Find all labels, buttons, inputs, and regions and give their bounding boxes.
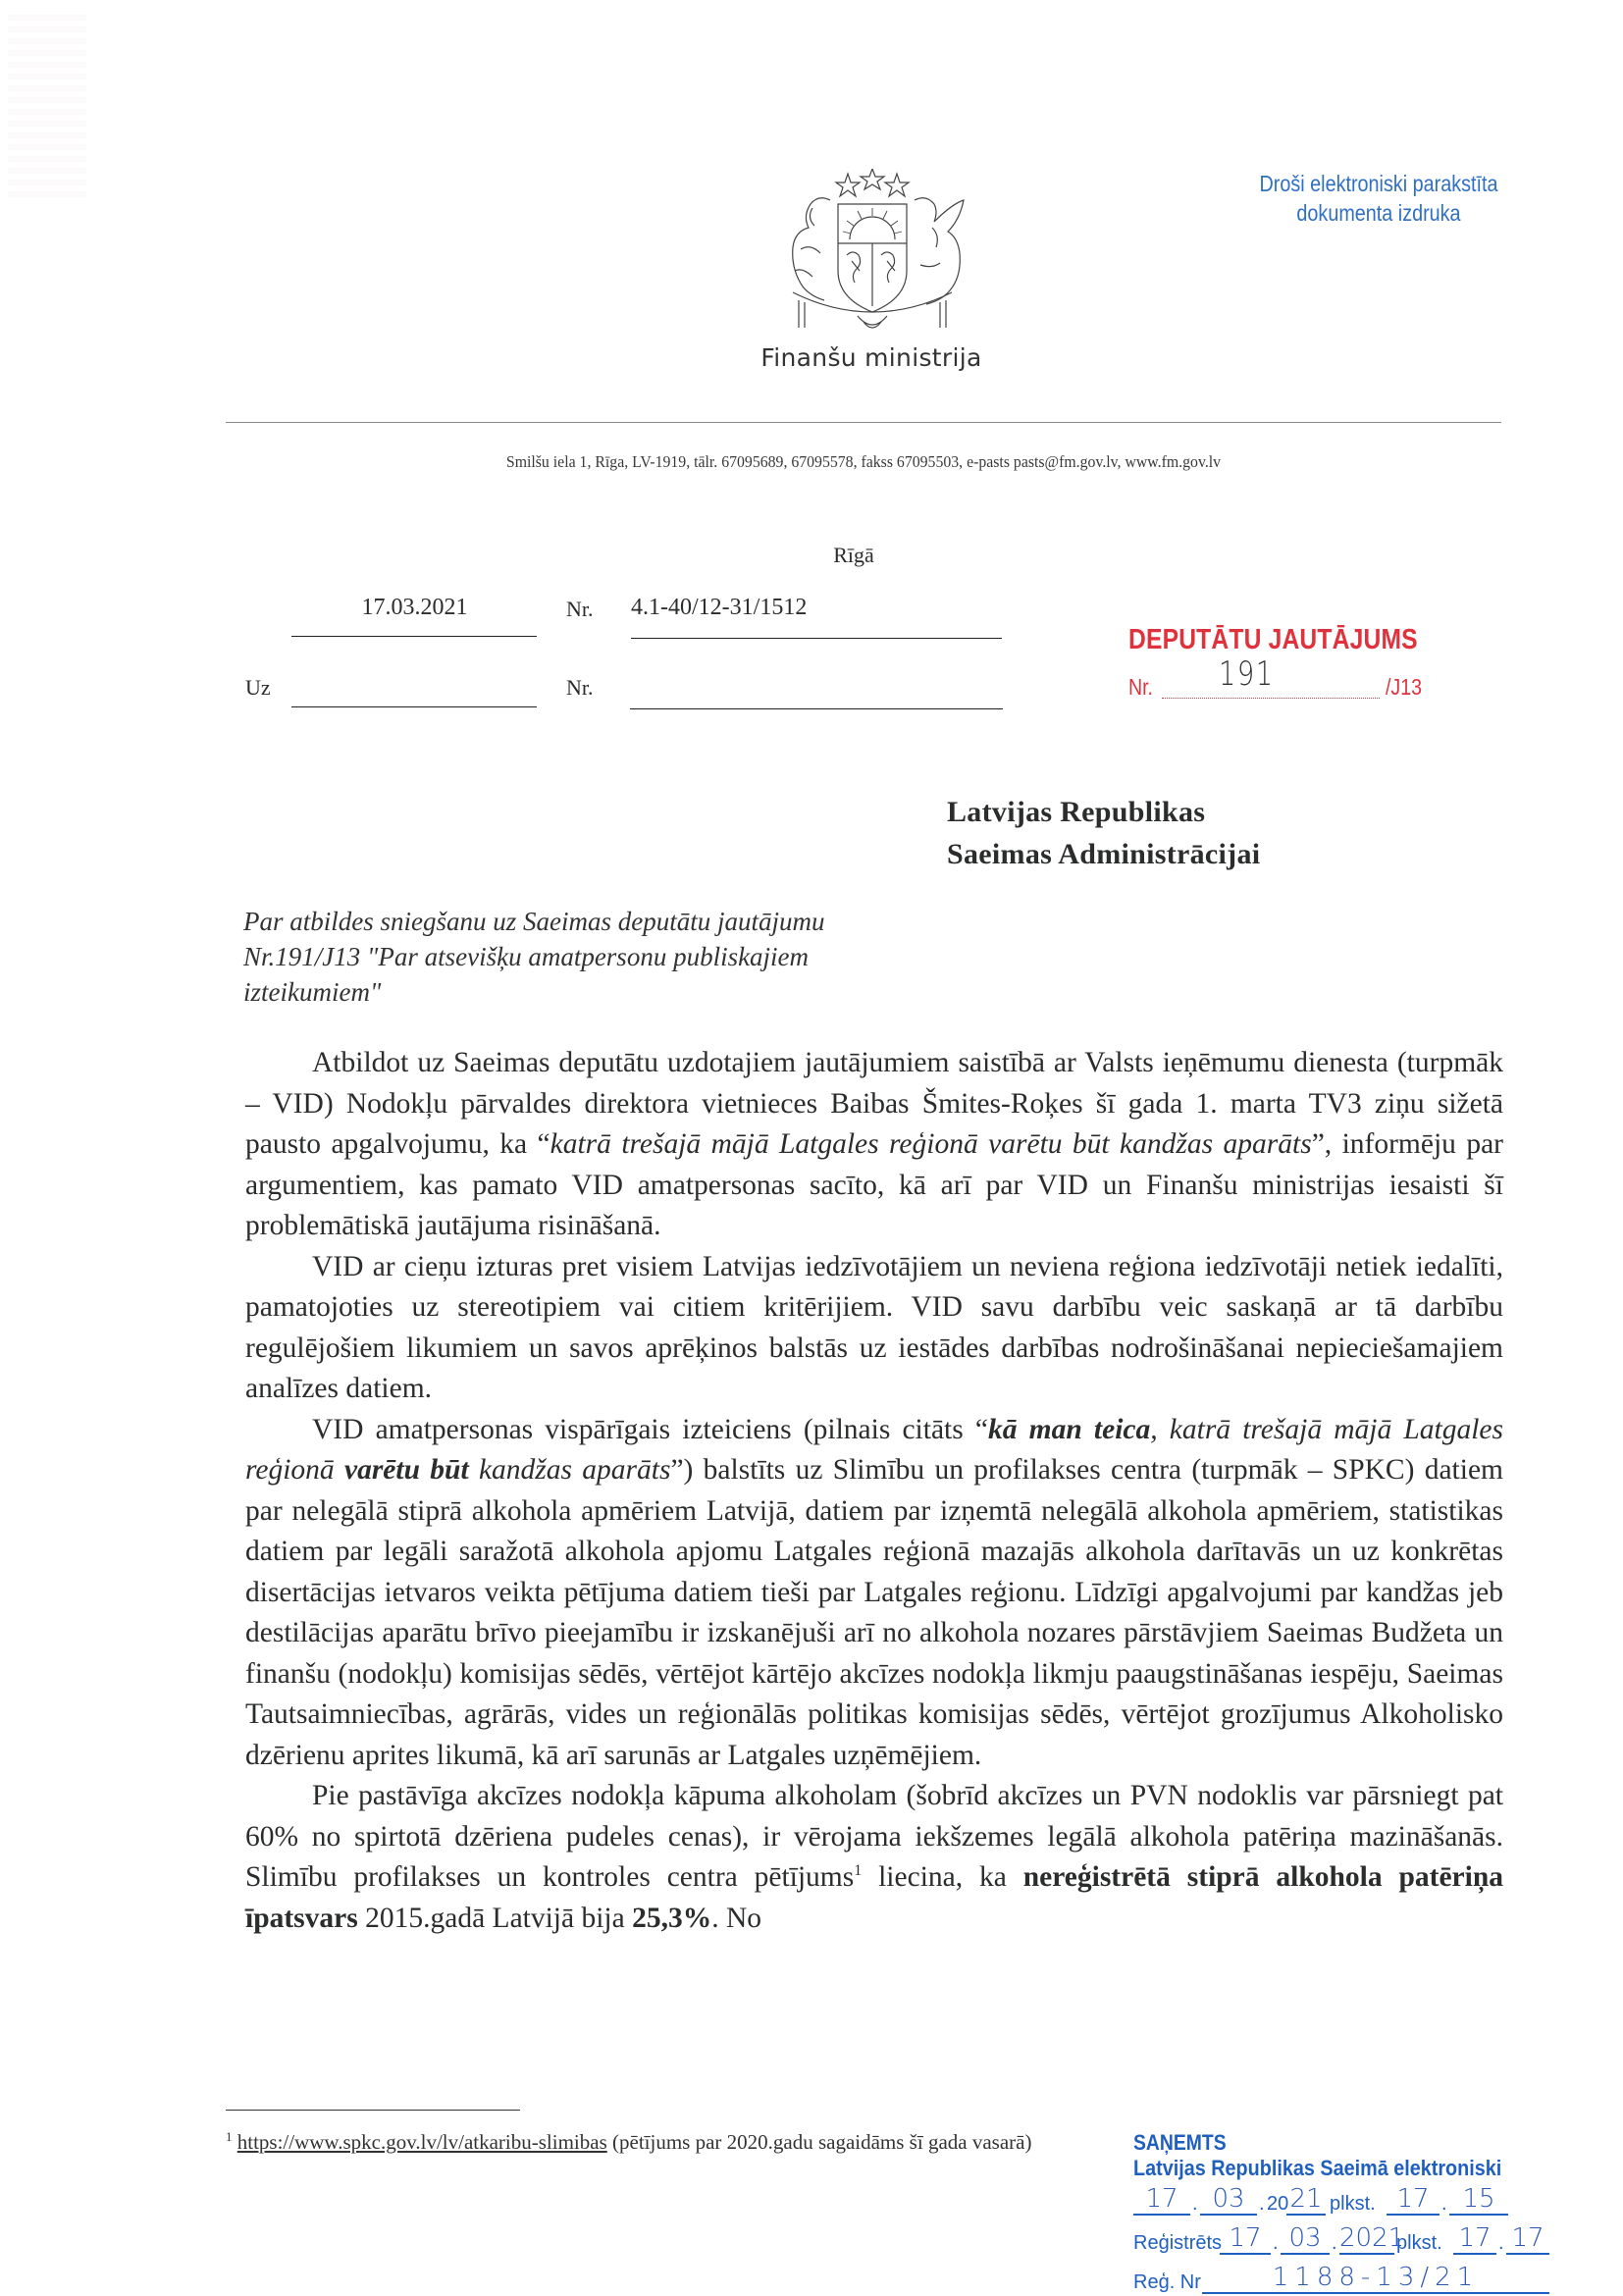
ministry-name: Finanšu ministrija xyxy=(687,343,1056,372)
footnote: 1 https://www.spkc.gov.lv/lv/atkaribu-sl… xyxy=(226,2129,1031,2155)
registered-hour: 17 xyxy=(1453,2223,1496,2255)
esign-notice-line-2: dokumenta izdruka xyxy=(1239,198,1518,228)
p3-text: VID amatpersonas vispārīgais izteiciens … xyxy=(312,1414,988,1445)
registration-number-row: Reģ. Nr 1188-13/21 xyxy=(1133,2261,1565,2296)
esign-notice-line-1: Droši elektroniski parakstīta xyxy=(1239,169,1518,198)
stamp-nr-underline xyxy=(1162,698,1380,699)
reg-nr-value: 1188-13/21 xyxy=(1202,2263,1549,2294)
stamp-nr-suffix: /J13 xyxy=(1386,674,1422,701)
deputy-inquiry-stamp: DEPUTĀTU JAUTĀJUMS Nr. 191 /J13 xyxy=(1128,624,1442,704)
uz-nr-underline xyxy=(630,708,1003,709)
received-year-prefix: 20 xyxy=(1267,2193,1288,2216)
nr-label: Nr. xyxy=(566,597,594,622)
document-date: 17.03.2021 xyxy=(294,595,535,621)
p3-text-end: ”) balstīts uz Slimību un profilakses ce… xyxy=(245,1454,1503,1771)
registered-label: Reģistrēts xyxy=(1133,2232,1222,2255)
p3-quote-bold: kā man teica xyxy=(988,1414,1150,1445)
received-stamp: SAŅEMTS Latvijas Republikas Saeimā elekt… xyxy=(1133,2131,1565,2296)
p1-quote: katrā trešajā mājā Latgales reģionā varē… xyxy=(550,1128,1312,1160)
ministry-address: Smilšu iela 1, Rīga, LV-1919, tālr. 6709… xyxy=(271,452,1457,472)
p4-text-3: 2015.gadā Latvijā bija xyxy=(358,1903,632,1934)
registered-datetime-row: Reģistrēts 17 . 03 . 2021 plkst. 17 . 17 xyxy=(1133,2221,1565,2261)
received-stamp-org: Latvijas Republikas Saeimā elektroniski xyxy=(1133,2155,1522,2182)
esign-notice: Droši elektroniski parakstīta dokumenta … xyxy=(1239,169,1518,228)
received-hour: 17 xyxy=(1387,2184,1440,2216)
handwritten-inquiry-number: 191 xyxy=(1219,654,1275,694)
p4-bold-percent: 25,3% xyxy=(632,1903,711,1934)
p3-quote-italic-2: kandžas aparāts xyxy=(469,1454,671,1486)
received-datetime-row: 17 . 03 . 20 21 plkst. 17 . 15 xyxy=(1133,2182,1565,2221)
recipient-line-1: Latvijas Republikas xyxy=(947,791,1260,833)
stamp-nr-label: Nr. xyxy=(1128,674,1153,701)
footnote-link[interactable]: https://www.spkc.gov.lv/lv/atkaribu-slim… xyxy=(237,2130,607,2154)
letter-body: Atbildot uz Saeimas deputātu uzdotajiem … xyxy=(245,1043,1503,1939)
scan-artifact xyxy=(8,15,86,201)
p3-quote-bold-2: varētu būt xyxy=(344,1454,469,1486)
document-number: 4.1-40/12-31/1512 xyxy=(631,595,807,621)
recipient-block: Latvijas Republikas Saeimas Administrāci… xyxy=(947,791,1260,875)
received-month: 03 xyxy=(1200,2184,1257,2216)
stamp-title: DEPUTĀTU JAUTĀJUMS xyxy=(1128,624,1395,656)
registered-time-label: plkst. xyxy=(1396,2232,1442,2255)
letter-subject: Par atbildes sniegšanu uz Saeimas deputā… xyxy=(243,904,832,1010)
paragraph-1: Atbildot uz Saeimas deputātu uzdotajiem … xyxy=(245,1043,1503,1247)
paragraph-4: Pie pastāvīga akcīzes nodokļa kāpuma alk… xyxy=(245,1776,1503,1939)
uz-underline xyxy=(291,706,537,707)
paragraph-2: VID ar cieņu izturas pret visiem Latvija… xyxy=(245,1247,1503,1410)
latvia-coat-of-arms-icon xyxy=(754,169,985,336)
footnote-text: (pētījums par 2020.gadu sagaidāms šī gad… xyxy=(607,2130,1032,2154)
received-stamp-title: SAŅEMTS xyxy=(1133,2131,1513,2155)
footnote-mark: 1 xyxy=(226,2129,233,2144)
received-minute: 15 xyxy=(1449,2184,1508,2216)
registered-year: 2021 xyxy=(1339,2223,1394,2255)
date-underline xyxy=(291,636,537,637)
recipient-line-2: Saeimas Administrācijai xyxy=(947,833,1260,875)
registered-month: 03 xyxy=(1281,2223,1330,2255)
received-day: 17 xyxy=(1133,2184,1190,2216)
p4-text-2: liecina, ka xyxy=(862,1861,1022,1893)
place-of-issue: Rīgā xyxy=(805,543,903,568)
registered-day: 17 xyxy=(1220,2223,1271,2255)
reg-nr-label: Reģ. Nr xyxy=(1133,2271,1201,2294)
paragraph-3: VID amatpersonas vispārīgais izteiciens … xyxy=(245,1410,1503,1777)
footnote-divider xyxy=(226,2110,520,2111)
registered-minute: 17 xyxy=(1506,2223,1549,2255)
number-underline xyxy=(631,638,1002,639)
received-year-suffix: 21 xyxy=(1286,2184,1326,2216)
received-time-label: plkst. xyxy=(1330,2193,1376,2216)
uz-label: Uz xyxy=(245,675,271,701)
uz-nr-label: Nr. xyxy=(566,675,594,701)
header-divider xyxy=(226,422,1501,423)
p4-text-end: . No xyxy=(711,1903,761,1934)
